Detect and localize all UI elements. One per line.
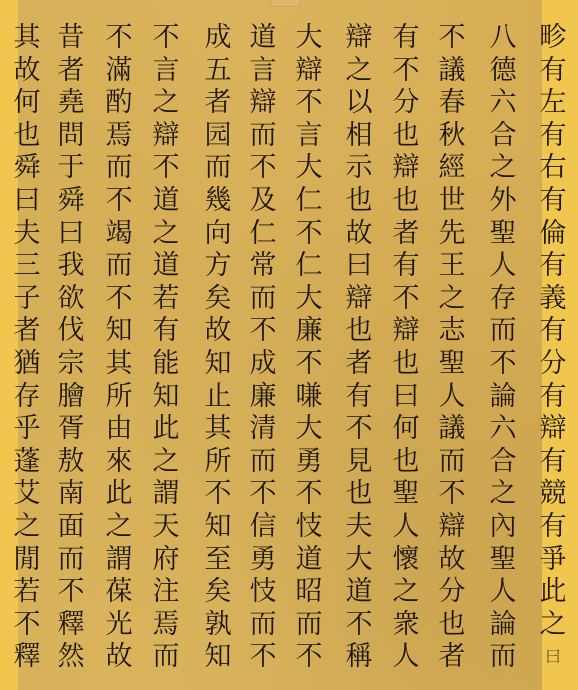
character: 艾 [4, 478, 50, 511]
character: 道 [336, 576, 382, 609]
character: 廉 [286, 315, 332, 348]
character: 辯 [336, 22, 382, 55]
character: 辯 [383, 152, 429, 185]
character: 廉 [240, 381, 286, 414]
character: 不 [383, 55, 429, 88]
character: 不 [286, 348, 332, 381]
character: 議 [429, 413, 475, 446]
character: 者 [336, 348, 382, 381]
character: 之 [143, 87, 189, 120]
character: 之 [336, 55, 382, 88]
character: 夫 [336, 511, 382, 544]
character: 故 [195, 315, 241, 348]
character: 也 [4, 120, 50, 153]
character: 方 [195, 250, 241, 283]
character: 不 [240, 315, 286, 348]
character: 知 [96, 315, 142, 348]
character: 者 [4, 315, 50, 348]
character: 者 [429, 641, 475, 674]
character: 右 [530, 152, 576, 185]
character: 而 [240, 446, 286, 479]
character: 而 [240, 609, 286, 642]
character: 不 [96, 283, 142, 316]
character: 聖 [480, 544, 526, 577]
character: 止 [195, 381, 241, 414]
character: 曰 [383, 381, 429, 414]
character: 之 [96, 511, 142, 544]
character: 不 [480, 348, 526, 381]
character: 五 [195, 55, 241, 88]
character: 懷 [383, 544, 429, 577]
character: 合 [480, 446, 526, 479]
character: 見 [336, 446, 382, 479]
character: 謂 [96, 544, 142, 577]
character: 道 [286, 544, 332, 577]
character: 有 [530, 511, 576, 544]
character: 之 [480, 478, 526, 511]
character: 辯 [143, 120, 189, 153]
seal-mark [270, 0, 300, 7]
character: 知 [195, 348, 241, 381]
character: 故 [336, 218, 382, 251]
character: 秋 [429, 120, 475, 153]
text-column: 不滿酌焉而不竭而不知其所由來此之謂葆光故 [96, 22, 142, 674]
character: 合 [480, 120, 526, 153]
character: 論 [480, 381, 526, 414]
character: 不 [336, 609, 382, 642]
character: 滿 [96, 55, 142, 88]
character: 而 [195, 152, 241, 185]
character: 舜 [4, 152, 50, 185]
character: 辯 [336, 283, 382, 316]
character: 經 [429, 152, 475, 185]
character: 聖 [383, 478, 429, 511]
character: 夫 [4, 218, 50, 251]
character: 分 [530, 348, 576, 381]
text-column: 大辯不言大仁不仁大廉不嗛大勇不忮道昭而不 [286, 22, 332, 674]
character: 先 [429, 218, 475, 251]
character: 竭 [96, 218, 142, 251]
character: 不 [143, 22, 189, 55]
character: 之 [530, 609, 576, 642]
character: 不 [240, 641, 286, 674]
text-column: 昔者堯問于舜曰我欲伐宗膾胥敖南面而不釋然 [48, 22, 94, 674]
character: 大 [286, 152, 332, 185]
character: 焉 [96, 120, 142, 153]
scroll-mount: 畛有左有右有倫有義有分有辯有競有爭此之曰八德六合之外聖人存而不論六合之內聖人論而… [0, 0, 578, 690]
character: 子 [4, 283, 50, 316]
character: 也 [383, 446, 429, 479]
character: 相 [336, 120, 382, 153]
character: 其 [195, 413, 241, 446]
character: 人 [480, 576, 526, 609]
character: 若 [143, 283, 189, 316]
character: 八 [480, 22, 526, 55]
character: 此 [530, 576, 576, 609]
character: 閒 [4, 544, 50, 577]
character: 其 [96, 348, 142, 381]
text-column: 道言辯而不及仁常而不成廉清而不信勇忮而不 [240, 22, 286, 674]
character: 昔 [48, 22, 94, 55]
character: 而 [240, 120, 286, 153]
character: 故 [4, 55, 50, 88]
character: 面 [48, 511, 94, 544]
character: 成 [195, 22, 241, 55]
character: 不 [96, 185, 142, 218]
character: 仁 [286, 185, 332, 218]
character: 不 [240, 152, 286, 185]
character: 倫 [530, 218, 576, 251]
character: 知 [143, 381, 189, 414]
character: 者 [195, 87, 241, 120]
character: 不 [240, 478, 286, 511]
character: 也 [336, 185, 382, 218]
character: 伐 [48, 315, 94, 348]
character: 以 [336, 87, 382, 120]
character: 注 [143, 576, 189, 609]
character: 者 [48, 55, 94, 88]
text-column: 有不分也辯也者有不辯也曰何也聖人懷之衆人 [383, 22, 429, 674]
character: 幾 [195, 185, 241, 218]
character: 敖 [48, 446, 94, 479]
character: 焉 [143, 609, 189, 642]
text-column: 成五者园而幾向方矣故知止其所不知至矣孰知 [195, 22, 241, 674]
character: 府 [143, 544, 189, 577]
character: 有 [530, 446, 576, 479]
character: 內 [480, 511, 526, 544]
character: 不 [286, 478, 332, 511]
character: 六 [480, 87, 526, 120]
character: 不 [195, 478, 241, 511]
character: 道 [143, 250, 189, 283]
character: 大 [286, 22, 332, 55]
character: 大 [286, 283, 332, 316]
character: 南 [48, 478, 94, 511]
character: 光 [96, 609, 142, 642]
character: 膾 [48, 381, 94, 414]
character: 釋 [48, 609, 94, 642]
character: 何 [4, 87, 50, 120]
character: 有 [383, 22, 429, 55]
character: 酌 [96, 87, 142, 120]
character: 而 [480, 315, 526, 348]
character: 故 [96, 641, 142, 674]
text-column: 不言之辯不道之道若有能知此之謂天府注焉而 [143, 22, 189, 674]
character: 曰 [48, 218, 94, 251]
character: 曰 [336, 250, 382, 283]
character: 有 [383, 250, 429, 283]
character: 有 [530, 315, 576, 348]
character: 競 [530, 478, 576, 511]
character: 世 [429, 185, 475, 218]
character: 聖 [429, 348, 475, 381]
character: 言 [143, 55, 189, 88]
character: 也 [429, 609, 475, 642]
character: 孰 [195, 609, 241, 642]
character: 于 [48, 152, 94, 185]
text-column: 不議春秋經世先王之志聖人議而不辯故分也者 [429, 22, 475, 674]
character: 六 [480, 413, 526, 446]
character: 舜 [48, 185, 94, 218]
character: 義 [530, 283, 576, 316]
character: 堯 [48, 87, 94, 120]
character: 分 [383, 87, 429, 120]
character: 曰 [4, 185, 50, 218]
character: 仁 [286, 250, 332, 283]
character: 王 [429, 250, 475, 283]
character-faded: 曰 [530, 641, 576, 674]
character: 有 [530, 185, 576, 218]
character: 辯 [286, 55, 332, 88]
character: 有 [530, 120, 576, 153]
character: 之 [143, 218, 189, 251]
character: 常 [240, 250, 286, 283]
character: 不 [383, 283, 429, 316]
character: 向 [195, 218, 241, 251]
character: 辯 [429, 511, 475, 544]
character: 矣 [195, 283, 241, 316]
character: 信 [240, 511, 286, 544]
text-column: 八德六合之外聖人存而不論六合之內聖人論而 [480, 22, 526, 674]
character: 而 [96, 152, 142, 185]
character: 稱 [336, 641, 382, 674]
character: 仁 [240, 218, 286, 251]
character: 來 [96, 446, 142, 479]
character: 而 [480, 641, 526, 674]
character: 存 [4, 381, 50, 414]
character: 德 [480, 55, 526, 88]
character: 勇 [286, 446, 332, 479]
character: 胥 [48, 413, 94, 446]
character: 言 [240, 55, 286, 88]
character: 成 [240, 348, 286, 381]
character: 示 [336, 152, 382, 185]
character: 嗛 [286, 381, 332, 414]
character: 道 [240, 22, 286, 55]
character: 不 [286, 87, 332, 120]
character: 由 [96, 413, 142, 446]
character: 有 [530, 250, 576, 283]
character: 不 [143, 152, 189, 185]
character: 知 [195, 511, 241, 544]
character: 然 [48, 641, 94, 674]
character: 不 [286, 641, 332, 674]
character: 不 [286, 218, 332, 251]
character: 猶 [4, 348, 50, 381]
character: 之 [383, 576, 429, 609]
character: 議 [429, 55, 475, 88]
character: 葆 [96, 576, 142, 609]
character: 釋 [4, 641, 50, 674]
character: 宗 [48, 348, 94, 381]
character: 其 [4, 22, 50, 55]
character: 故 [429, 544, 475, 577]
character: 而 [48, 544, 94, 577]
character: 欲 [48, 283, 94, 316]
text-column: 畛有左有右有倫有義有分有辯有競有爭此之曰 [530, 22, 576, 674]
character: 辯 [240, 87, 286, 120]
character: 左 [530, 87, 576, 120]
character: 矣 [195, 576, 241, 609]
character: 蓬 [4, 446, 50, 479]
character: 問 [48, 120, 94, 153]
character: 不 [48, 576, 94, 609]
character: 不 [96, 22, 142, 55]
character: 外 [480, 185, 526, 218]
character: 忮 [286, 511, 332, 544]
character: 乎 [4, 413, 50, 446]
character: 三 [4, 250, 50, 283]
character: 聖 [480, 218, 526, 251]
character: 謂 [143, 478, 189, 511]
character: 而 [240, 283, 286, 316]
character: 分 [429, 576, 475, 609]
character: 人 [429, 381, 475, 414]
character: 若 [4, 576, 50, 609]
character: 天 [143, 511, 189, 544]
character: 有 [530, 381, 576, 414]
character: 忮 [240, 576, 286, 609]
character: 昭 [286, 576, 332, 609]
character: 何 [383, 413, 429, 446]
text-column: 其故何也舜曰夫三子者猶存乎蓬艾之閒若不釋 [4, 22, 50, 674]
character: 言 [286, 120, 332, 153]
character: 者 [383, 218, 429, 251]
character: 辯 [383, 315, 429, 348]
character: 人 [383, 511, 429, 544]
character: 志 [429, 315, 475, 348]
character: 也 [383, 348, 429, 381]
character: 至 [195, 544, 241, 577]
character: 园 [195, 120, 241, 153]
character: 所 [195, 446, 241, 479]
character: 論 [480, 609, 526, 642]
character: 之 [480, 152, 526, 185]
character: 不 [429, 478, 475, 511]
character: 人 [383, 641, 429, 674]
character: 而 [286, 609, 332, 642]
character: 有 [530, 55, 576, 88]
character: 之 [4, 511, 50, 544]
character: 勇 [240, 544, 286, 577]
character: 春 [429, 87, 475, 120]
character: 而 [143, 641, 189, 674]
character: 不 [4, 609, 50, 642]
character: 大 [336, 544, 382, 577]
character: 道 [143, 185, 189, 218]
character: 不 [336, 413, 382, 446]
character: 也 [383, 120, 429, 153]
character: 畛 [530, 22, 576, 55]
character: 而 [96, 250, 142, 283]
character: 也 [336, 315, 382, 348]
character: 衆 [383, 609, 429, 642]
character: 及 [240, 185, 286, 218]
character: 此 [143, 413, 189, 446]
character: 之 [143, 446, 189, 479]
character: 我 [48, 250, 94, 283]
character: 知 [195, 641, 241, 674]
text-column: 辯之以相示也故曰辯也者有不見也夫大道不稱 [336, 22, 382, 674]
character: 也 [336, 478, 382, 511]
character: 所 [96, 381, 142, 414]
character: 爭 [530, 544, 576, 577]
character: 也 [383, 185, 429, 218]
character: 此 [96, 478, 142, 511]
character: 有 [336, 381, 382, 414]
character: 而 [429, 446, 475, 479]
character: 存 [480, 283, 526, 316]
character: 之 [429, 283, 475, 316]
character: 辯 [530, 413, 576, 446]
character: 有 [143, 315, 189, 348]
character: 大 [286, 413, 332, 446]
character: 不 [429, 22, 475, 55]
character: 能 [143, 348, 189, 381]
character: 清 [240, 413, 286, 446]
character: 人 [480, 250, 526, 283]
